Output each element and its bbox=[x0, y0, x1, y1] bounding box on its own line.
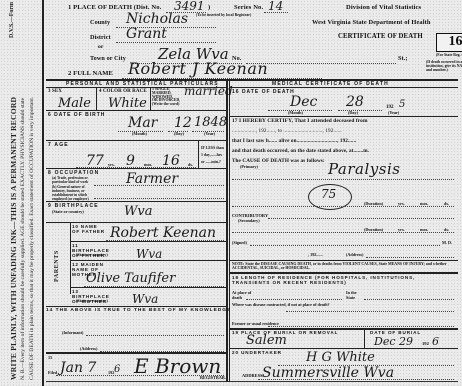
color-value: White bbox=[108, 96, 147, 111]
dod-label: 16 DATE OF DEATH bbox=[232, 89, 295, 95]
physician-address-label: (Address) bbox=[346, 253, 363, 258]
series-number: 14 bbox=[268, 0, 283, 13]
stamp-value: 75 bbox=[321, 187, 336, 201]
dod-year-caption: (Year) bbox=[388, 111, 399, 116]
undertaker-value: H G White bbox=[306, 350, 375, 365]
full-name-label: 2 FULL NAME bbox=[68, 70, 113, 77]
day-caption: (Day) bbox=[174, 132, 184, 137]
dob-day: 12 bbox=[174, 115, 192, 131]
birthplace-sub-label: (State or country) bbox=[52, 210, 84, 215]
cause-value: Paralysis bbox=[328, 160, 400, 178]
place-of-death-label: 1 PLACE OF DEATH (Dist. No. bbox=[68, 4, 161, 11]
permanent-record-notice: WRITE PLAINLY, WITH UNFADING INK—THIS IS… bbox=[9, 97, 18, 380]
division-title: Division of Vital Statistics bbox=[346, 4, 421, 11]
sex-label: 3 SEX bbox=[48, 89, 62, 94]
burial-date-value: Dec 29 bbox=[374, 335, 413, 348]
burial-year-prefix: 192 bbox=[422, 342, 429, 347]
certificate-number: 16616 bbox=[436, 33, 462, 52]
dod-month-caption: (Month) bbox=[288, 111, 303, 116]
town-label: Town or City bbox=[90, 55, 126, 62]
age-label: 7 AGE bbox=[48, 142, 69, 148]
less-than-day-note: IF LESS than 1 day,......hrs or ......mi… bbox=[201, 145, 224, 166]
md-label: M. D. bbox=[442, 241, 452, 246]
undertaker-label: 20 UNDERTAKER bbox=[232, 350, 282, 355]
district-label: District bbox=[90, 34, 111, 41]
filed-date: Jan 7 bbox=[60, 360, 96, 376]
instruction-line-1: N. B.—Every item of information should b… bbox=[20, 98, 26, 380]
father-birthplace-sub: (State or country) bbox=[76, 253, 108, 258]
mother-name-value: Olive Taufifer bbox=[86, 271, 175, 286]
father-name-label: 10 NAME OF FATHER bbox=[72, 224, 106, 234]
county-value: Nicholas bbox=[126, 11, 188, 27]
form-code: D.V.S.—Form 1 bbox=[9, 0, 15, 38]
hospital-note: (If death occurred in a hospital or inst… bbox=[426, 60, 462, 73]
medical-section-title: MEDICAL CERTIFICATE OF DEATH bbox=[272, 81, 389, 87]
undertaker-address-label: ADDRESS bbox=[242, 374, 263, 379]
father-birthplace-value: Wva bbox=[136, 247, 162, 261]
dob-year: 1848 bbox=[194, 115, 227, 130]
secondary-label: (Secondary) bbox=[238, 219, 260, 224]
dod-day: 28 bbox=[346, 94, 364, 110]
series-label: Series No. bbox=[234, 4, 263, 11]
marital-value: married bbox=[184, 84, 233, 98]
filed-year: 6 bbox=[114, 364, 120, 375]
dob-month: Mar bbox=[128, 115, 157, 131]
knowledge-statement: 14 THE ABOVE IS TRUE TO THE BEST OF MY K… bbox=[46, 308, 231, 313]
signed-label: (Signed) bbox=[232, 241, 247, 246]
dob-label: 6 DATE OF BIRTH bbox=[48, 112, 105, 118]
occupation-b-label: (b) General nature of industry, business… bbox=[52, 186, 92, 202]
state-reg-note: (For State Reg. use only) bbox=[436, 53, 462, 58]
burial-place-value: Salem bbox=[246, 333, 287, 348]
county-label: County bbox=[90, 19, 110, 26]
mother-birthplace-sub: (State or country) bbox=[76, 299, 108, 304]
dod-year: 5 bbox=[399, 99, 405, 110]
primary-label: (Primary) bbox=[240, 165, 258, 170]
dod-month: Dec bbox=[290, 94, 317, 110]
sex-value: Male bbox=[58, 96, 91, 111]
certify-line-1: 17 I HEREBY CERTIFY, That I attended dec… bbox=[232, 118, 368, 124]
instruction-margin: WRITE PLAINLY, WITH UNFADING INK—THIS IS… bbox=[0, 0, 44, 386]
full-name-value: Robert J Keenan bbox=[128, 59, 268, 78]
father-name-value: Robert Keenan bbox=[110, 225, 216, 241]
year-caption: (Year) bbox=[204, 132, 215, 137]
mother-birthplace-value: Wva bbox=[132, 292, 158, 306]
certify-line-2: ................., 192......, to .......… bbox=[232, 128, 342, 134]
informant-address-label: (Address) bbox=[80, 347, 97, 352]
parents-label: PARENTS bbox=[54, 250, 60, 282]
or-label: or bbox=[98, 44, 103, 50]
dod-day-caption: (Day) bbox=[348, 111, 358, 116]
local-registrar-note: (To be inserted by local Registrar) bbox=[196, 13, 251, 18]
certificate-title: CERTIFICATE OF DEATH bbox=[338, 33, 423, 40]
birthplace-value: Wva bbox=[124, 204, 152, 219]
month-caption: (Month) bbox=[132, 132, 147, 137]
marital-label: 5 SINGLE, MARRIED, WIDOWED, OR DIVORCED,… bbox=[152, 88, 180, 107]
district-value: Grant bbox=[126, 26, 167, 42]
signed-year: , 192...... bbox=[308, 253, 323, 258]
occupation-a-label: (a) Trade, profession or particular kind… bbox=[52, 177, 92, 185]
street-label: St.; bbox=[398, 55, 408, 62]
cause-note: NOTE: State the DISEASE CAUSING DEATH, o… bbox=[232, 262, 454, 271]
instruction-line-2: CAUSE OF DEATH in plain terms, so that i… bbox=[29, 97, 35, 380]
certify-line-4: and that death occurred, on the date sta… bbox=[232, 148, 369, 154]
burial-year: 6 bbox=[432, 335, 439, 348]
informant-label: (Informant) bbox=[62, 331, 83, 336]
registrar-label: REGISTRAR. bbox=[200, 376, 226, 381]
in-state-label: In the State bbox=[346, 291, 366, 300]
residence-label: 18 LENGTH OF RESIDENCE (FOR HOSPITALS, I… bbox=[232, 275, 454, 285]
disease-contracted-label: Where was disease contracted, if not at … bbox=[232, 303, 332, 308]
certify-line-3: that I last saw h...... alive on........… bbox=[232, 138, 356, 144]
color-label: 4 COLOR OR RACE bbox=[99, 89, 147, 94]
department-title: West Virginia State Department of Health bbox=[312, 19, 430, 26]
death-certificate-scan: WRITE PLAINLY, WITH UNFADING INK—THIS IS… bbox=[0, 0, 462, 386]
certificate-form: 1 PLACE OF DEATH (Dist. No. 3491 ) (To b… bbox=[46, 0, 458, 382]
